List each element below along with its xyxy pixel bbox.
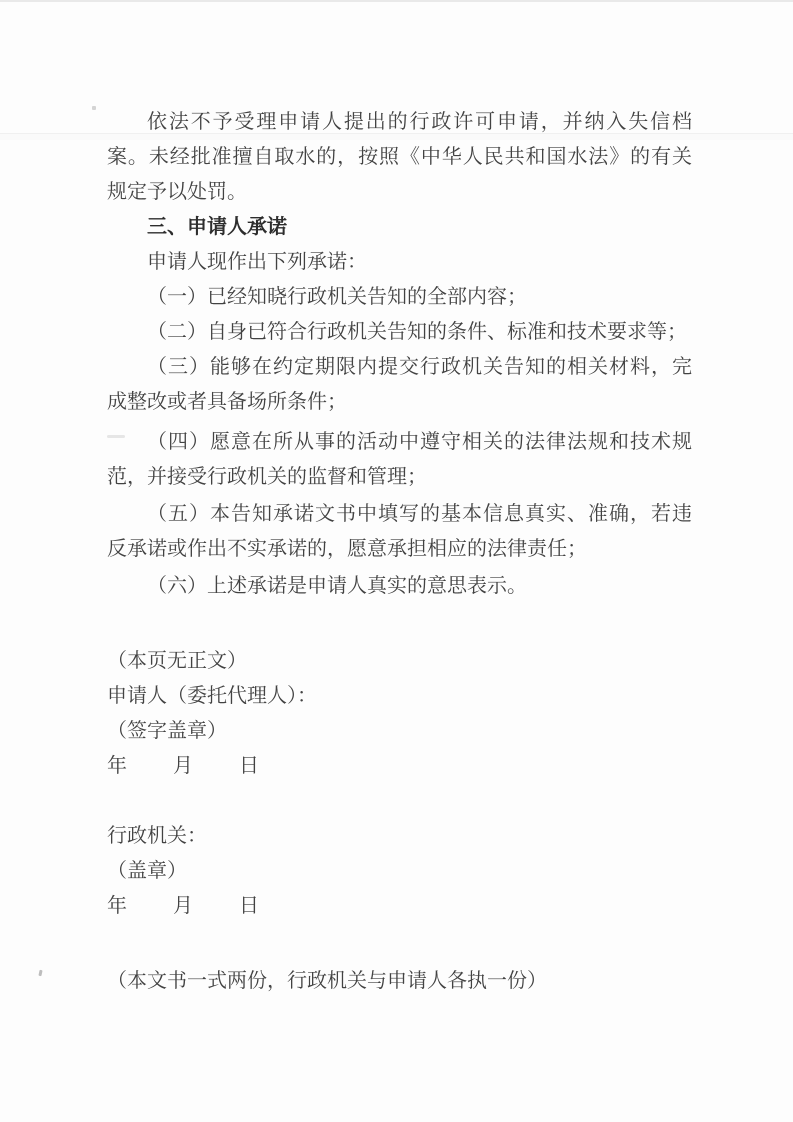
applicant-label: 申请人（委托代理人）： — [107, 679, 692, 714]
authority-seal-note: （盖章） — [107, 854, 692, 889]
document-page: 依法不予受理申请人提出的行政许可申请，并纳入失信档 案。未经批准擅自取水的，按照… — [107, 105, 692, 999]
authority-date-line: 年 月 日 — [107, 889, 692, 924]
authority-label: 行政机关： — [107, 819, 692, 854]
copies-note: （本文书一式两份，行政机关与申请人各执一份） — [107, 964, 692, 999]
commitment-item-4-line-2: 范，并接受行政机关的监督和管理； — [107, 460, 692, 495]
commitment-item-3-line-1: （三）能够在约定期限内提交行政机关告知的相关材料，完 — [107, 350, 692, 385]
commitment-item-6: （六）上述承诺是申请人真实的意思表示。 — [107, 569, 692, 604]
applicant-sign-note: （签字盖章） — [107, 714, 692, 749]
no-body-note: （本页无正文） — [107, 644, 692, 679]
scan-speck — [38, 970, 42, 976]
section-lead: 申请人现作出下列承诺： — [107, 245, 692, 280]
section-heading: 三、申请人承诺 — [107, 210, 692, 245]
intro-line-1: 依法不予受理申请人提出的行政许可申请，并纳入失信档 — [107, 105, 692, 140]
commitment-item-3-line-2: 成整改或者具备场所条件； — [107, 385, 692, 420]
applicant-date-line: 年 月 日 — [107, 749, 692, 784]
commitment-item-2: （二）自身已符合行政机关告知的条件、标准和技术要求等； — [107, 315, 692, 350]
commitment-item-5-line-2: 反承诺或作出不实承诺的，愿意承担相应的法律责任； — [107, 532, 692, 567]
commitment-item-5-line-1: （五）本告知承诺文书中填写的基本信息真实、准确，若违 — [107, 497, 692, 532]
intro-line-3: 规定予以处罚。 — [107, 175, 692, 210]
scan-top-edge-artifact — [0, 0, 793, 2]
intro-line-2: 案。未经批准擅自取水的，按照《中华人民共和国水法》的有关 — [107, 140, 692, 175]
scan-speck — [92, 106, 96, 110]
commitment-item-4-line-1: （四）愿意在所从事的活动中遵守相关的法律法规和技术规 — [107, 425, 692, 460]
commitment-item-1: （一）已经知晓行政机关告知的全部内容； — [107, 280, 692, 315]
